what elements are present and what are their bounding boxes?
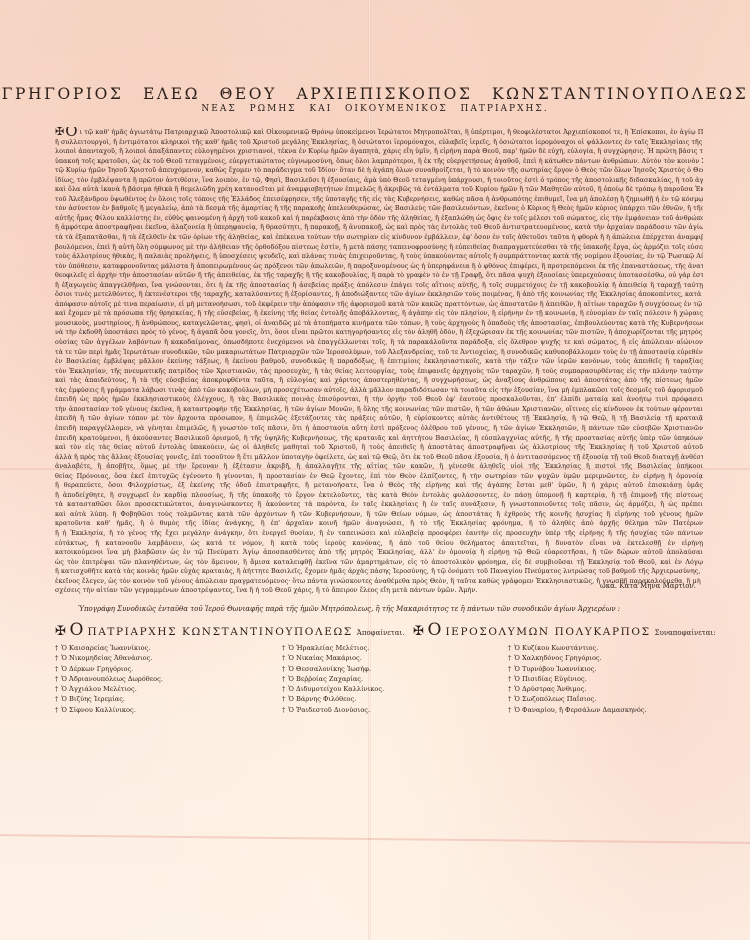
signatories-column-2: †Ὁ Ἡρακλείας Μελέτιος.†Ὁ Νικαίας Μακάριο… [282,643,384,715]
body-line: τὴν ἀποστασίαν τοῦ γένους ἐκεῖνα, ἢ κατα… [55,405,703,415]
document-subtitle: ΝΕΑΣ ΡΩΜΗΣ ΚΑΙ ΟΙΚΟΥΜΕΝΙΚΟΣ ΠΑΤΡΙΑΡΧΗΣ. [0,104,750,114]
signatory: †Ὁ Σωζοπόλεως Παΐσιος. [508,694,647,704]
encyclical-body: ✠Οι τῷ καθ' ἡμᾶς ἁγιωτάτῳ Πατριαρχικῷ Ἀπ… [55,127,703,596]
body-line: τῷ Κυρίῳ ἡμῶν Ἰησοῦ Χριστοῦ ἀπευχόμενον,… [55,166,703,176]
signatory: †Ὁ Βάρνης Φιλόθεος. [282,694,384,704]
signatory-name: Ὁ Φαναρίου, ἢ Φερσάλων Δαμασκηνός. [514,706,646,714]
signatories-column-1: †Ὁ Καισαρείας Ἰωαννίκιος.†Ὁ Νικομηδείας … [55,643,163,715]
body-line: ἢ ἐξαγωγεὺς ἀπαγγελθῆναι, ἵνα γνώσονται,… [55,281,703,291]
signatory: †Ὁ Σίφνου Καλλίνικος. [55,705,163,715]
signatory-name: Ὁ Τυρνόβου Ἰωαννίκιος. [514,665,596,673]
body-line: ἢ ἡ Ἐκκλησία, ἢ τὸ γένος τῆς ἔχει μεγάλη… [55,529,703,539]
document-title: ΓΡΗΓΟΡΙΟΣ ΕΛΕΩ ΘΕΟΥ ΑΡΧΙΕΠΙΣΚΟΠΟΣ ΚΩΝΣΤΑ… [0,85,750,103]
drop-initial: Ο [65,127,77,138]
body-line: ὑπακοὴ τοῖς κρατοῦσι, ὡς ἐκ τοῦ Θεοῦ τετ… [55,157,703,167]
signatory-name: Ὁ Νικομηδείας Ἀθανάσιος. [61,654,152,662]
document-date: ωκά. Κατὰ Μῆνα Μάρτιον. [600,582,696,590]
cross-icon: † [282,695,285,703]
cross-icon: † [508,695,511,703]
cross-icon: ✠ [55,624,68,639]
signatory-name: Ὁ Βεῤῥοίας Ζαχαρίας. [288,675,363,683]
signatory-name: Ὁ Διδυμοτείχου Καλλίνικος. [288,685,384,693]
cross-icon: † [508,706,511,714]
body-line: λοιποὶ ἁπανταχοῦ, ἢ λοιποὶ ἀπαξάπαντες ε… [55,147,703,157]
body-line: τοὺς ἀλλοτρίους ἠθικὰς, ἢ παλαιὰς προλήψ… [55,252,703,262]
signatory-name: Ὁ Πισιδίας Εὐγένιος. [514,675,587,683]
patriarch-signature-constantinople: ✠ΟΠΑΤΡΙΑΡΧΗΣ ΚΩΝΣΤΑΝΤΙΝΟΥΠΟΛΕΩΣἈποφαίνετ… [55,620,405,640]
body-line: καὶ αὐτὰ λύπη. ἢ Φοβηθῶσι τοὺς τολμῶντας… [55,510,703,520]
signatory-name: Ὁ Ἀδριανουπόλεως Δωρόθεος. [61,675,163,683]
signatory: †Ὁ Πισιδίας Εὐγένιος. [508,674,647,684]
body-line: ὡς τὸν ἐπιτρέψαι τῶν πλανηθέντων, ὡς τὸν… [55,558,703,568]
cross-icon: † [508,665,511,673]
body-line: ✠Οι τῷ καθ' ἡμᾶς ἁγιωτάτῳ Πατριαρχικῷ Ἀπ… [55,127,703,138]
signatory-name: Ὁ Δρύστρας Ἄνθιμος. [514,685,586,693]
cross-icon: † [55,654,58,662]
body-line: θείας Πρόνοιας, ὅσα ἐκεῖ ἐπιτυχῶς ἐγένον… [55,472,703,482]
signatory-name: Ὁ Σωζοπόλεως Παΐσιος. [514,695,596,703]
body-line: ἐπειδὴ κρατούμενοι, ἢ ἀκούσαντες Βασιλικ… [55,434,703,444]
signature-intro: Ὑπογράφη Συνοδικῶς ἐνταῦθα τοῦ Ἱεροῦ Θων… [78,605,620,613]
cross-icon: † [508,685,511,693]
body-line: τὸν ὑπόθεσιν, καταφρονοῦντας μάλιστα ἢ ἀ… [55,262,703,272]
signature-article: Ο [428,620,442,640]
cross-icon: † [508,654,511,662]
signatory-name: Ὁ Χαλκηδόνος Γρηγόριος. [514,654,601,662]
signatory-name: Ὁ Ἡρακλείας Μελέτιος. [288,644,369,652]
body-line: θεοφιλεῖς εἰ ἀρχὴν τὴν ἀποστασίαν αὐτῶν … [55,271,703,281]
body-line: ὅσιοι τινὲς μετελθόντες, ἢ ἐκτενέστεροι … [55,290,703,300]
body-line: ἢ συλλειτουργοὶ, ἢ ἐντιμότατοι κληρικοὶ … [55,138,703,148]
signatory: †Ὁ Δρύστρας Ἄνθιμος. [508,684,647,694]
body-line: τοῦ Ἀλεξάνδρου ὑψωθέντος ἐν ὅλοις τοῖς τ… [55,195,703,205]
body-line: τὰς ἐμφύσεις ἢ γράμματα λάβωσι τινὰς ἀπὸ… [55,386,703,396]
body-line: μουσικοὺς, μυστηρίους, ἢ ἀνθρώπους, κατα… [55,319,703,329]
body-line: ἀπόφασιν αὐτοῖς μὲ τινα περαίωσιν, εἰ μὴ… [55,300,703,310]
signature-verb: Ἀποφαίνεται. [357,629,405,637]
cross-icon: † [282,706,285,714]
body-line: νὰ τὴν ἐκδοθῆ ὑποστάσει πρὸς τὸ γένος, ἢ… [55,328,703,338]
body-line: αὐτῆς ἦμας Φίλου καλλίστης ἐν, εὐθὺς φαι… [55,214,703,224]
cross-icon: ✠ [55,127,64,138]
cross-icon: † [55,665,58,673]
body-line: καὶ ὅλα αὐτὰ ἱκανὰ ἢ βάσιμα ἠθικὰ ἢ θεμε… [55,185,703,195]
body-line: εὐτάκτως, ἢ κατανοοῦν λαμβάνειν, ὡς κατά… [55,539,703,549]
cross-icon: † [282,685,285,693]
signatory: †Ὁ Διδυμοτείχου Καλλίνικος. [282,684,384,694]
cross-icon: ✠ [413,624,426,639]
signatory: †Ὁ Ἡρακλείας Μελέτιος. [282,643,384,653]
cross-icon: † [508,644,511,652]
body-line: ἐπειδὴ παραγγέλλομεν, νὰ γένηται ἐπιμελῶ… [55,424,703,434]
signatory-name: Ὁ Σίφνου Καλλίνικος. [61,706,136,714]
signature-article: Ο [70,620,84,640]
body-line: ἀναλαβέτε, ἢ ἀποβῆτε, ὅμως μὲ τὴν ἔρευνα… [55,462,703,472]
signatory: †Ὁ Ῥαιδεστοῦ Διονύσιος. [282,705,384,715]
signatory: †Ὁ Ἀδριανουπόλεως Δωρόθεος. [55,674,163,684]
body-line: ἐν Βασιλείας ἐμβλέψας μᾶλλον ἐκείνης τάξ… [55,357,703,367]
signatory-name: Ὁ Βάρνης Φιλόθεος. [288,695,356,703]
body-line: ἢ ἀμφότερα ἀποστραφῆναι ἐκεῖνα, ἀλαζονεί… [55,223,703,233]
signatory-name: Ὁ Ἀγχιάλου Μελέτιος. [61,685,137,693]
body-line: τὰ τε τῶν περὶ ἡμᾶς Ἱερωτάτων συνοδικῶν,… [55,348,703,358]
body-line: ἀλλὰ ἢ πρὸς τὰς ἄλλας ἐξουσίας γονεῖς, ἐ… [55,453,703,463]
signatory: †Ὁ Βιζύης Ἱερεμίας. [55,694,163,704]
cross-icon: † [282,675,285,683]
body-line: ἐπειδὴ ὡς πρὸς ἡμῶν ἐκκλησιαστικοὺς ἐλέγ… [55,395,703,405]
signatory: †Ὁ Καισαρείας Ἰωαννίκιος. [55,643,163,653]
body-line: καὶ τὸν εἰς τὰς θείας αὐτοῦ ἐντολὰς ὑπακ… [55,443,703,453]
body-line: κατοικούμενοι ἵνα μὴ βλαβῶσιν ὡς ἐν τῷ Π… [55,548,703,558]
body-line: τὰ τὰ ἐξαπατᾶσθαι, ἢ τὰ ἐξελθεῖν ἐκ τῶν … [55,233,703,243]
signatory: †Ὁ Χαλκηδόνος Γρηγόριος. [508,653,647,663]
body-line: ἢ ἀποδείχθητε, ἢ συγχωρεῖ ἐν καρδίᾳ πλου… [55,491,703,501]
signatory-name: Ὁ Κυζίκου Κωνστάντιος. [514,644,598,652]
body-line: ἐπειδὴ ἢ τῶν ἁγίων τόπον μὲ τὸν ἄρχοντα … [55,414,703,424]
cross-icon: † [55,695,58,703]
body-line: κρατοῦντα καθ' ἡμᾶς, ἢ ὁ θυμὸς τῆς ἰδίας… [55,519,703,529]
cross-icon: † [282,654,285,662]
signatory: †Ὁ Φαναρίου, ἢ Φερσάλων Δαμασκηνός. [508,705,647,715]
signatory-name: Ὁ Θεσσαλονίκης Ἰωσήφ. [288,665,371,673]
cross-icon: † [55,685,58,693]
signatory: †Ὁ Νικαίας Μακάριος. [282,653,384,663]
signatory: †Ὁ Δέρκων Γρηγόριος. [55,664,163,674]
body-line: τὸν Ἐκκλησίαν, τῆς πνευματικῆς πατρίδος … [55,367,703,377]
signatory-name: Ὁ Καισαρείας Ἰωαννίκιος. [61,644,150,652]
cross-icon: † [282,644,285,652]
cross-icon: † [508,675,511,683]
body-line: τὸν ἀσύνετον ἐν βαθμοῖς ἢ μεγαλείῳ, ἀπὸ … [55,204,703,214]
body-line: βουλόμενοι, ἐπεὶ ἢ αὐτὴ ὅλη σύμφωνος μὲ … [55,243,703,253]
body-line: καὶ ἔχομεν μὲ τὰ πρόσωπα τῆς θρησκείας, … [55,309,703,319]
signature-verb: Συναποφαίνεται: [655,629,716,637]
cross-icon: † [55,644,58,652]
signatory-name: Ὁ Βιζύης Ἱερεμίας. [61,695,125,703]
signatory-name: Ὁ Ῥαιδεστοῦ Διονύσιος. [288,706,370,714]
body-line: ἢ κατισχυθῆτε κατὰ τὰς κοινὰς ἡμῶν εὐχὰς… [55,567,703,577]
cross-icon: † [55,675,58,683]
signature-name: ΠΑΤΡΙΑΡΧΗΣ ΚΩΝΣΤΑΝΤΙΝΟΥΠΟΛΕΩΣ [87,626,352,638]
body-line: καὶ τὰς ἀπαιδεύτους, ἢ τὰ τῆς εὐσεβείας … [55,376,703,386]
body-line: ἢ θεραπεύετε, ὅσοι Φιλοχρίστως, ἐξ ἐκείν… [55,481,703,491]
cross-icon: † [282,665,285,673]
signatory: †Ὁ Θεσσαλονίκης Ἰωσήφ. [282,664,384,674]
signatories-column-3: †Ὁ Κυζίκου Κωνστάντιος.†Ὁ Χαλκηδόνος Γρη… [508,643,647,715]
signatory: †Ὁ Κυζίκου Κωνστάντιος. [508,643,647,653]
body-line: τὰ κατασταθῶσι ὅλοι προσεκτικώτατοι, ἀνα… [55,500,703,510]
signatory-name: Ὁ Δέρκων Γρηγόριος. [61,665,133,673]
signatory: †Ὁ Βεῤῥοίας Ζαχαρίας. [282,674,384,684]
patriarch-signature-jerusalem: ✠ΟΙΕΡΟΣΟΛΥΜΩΝ ΠΟΛΥΚΑΡΠΟΣΣυναποφαίνεται: [413,620,716,640]
signatory: †Ὁ Νικομηδείας Ἀθανάσιος. [55,653,163,663]
body-line: οὐσίας τῶν ἀγγέλων λαβόντων ἢ κακοδαίμον… [55,338,703,348]
cross-icon: † [55,706,58,714]
body-line: ἰδίως, τὸν ἐμβλέψαντα ἢ πρῶτον ἀντιθέσιν… [55,176,703,186]
signature-name: ΙΕΡΟΣΟΛΥΜΩΝ ΠΟΛΥΚΑΡΠΟΣ [445,626,650,638]
signatory-name: Ὁ Νικαίας Μακάριος. [288,654,362,662]
signatory: †Ὁ Ἀγχιάλου Μελέτιος. [55,684,163,694]
signatory: †Ὁ Τυρνόβου Ἰωαννίκιος. [508,664,647,674]
